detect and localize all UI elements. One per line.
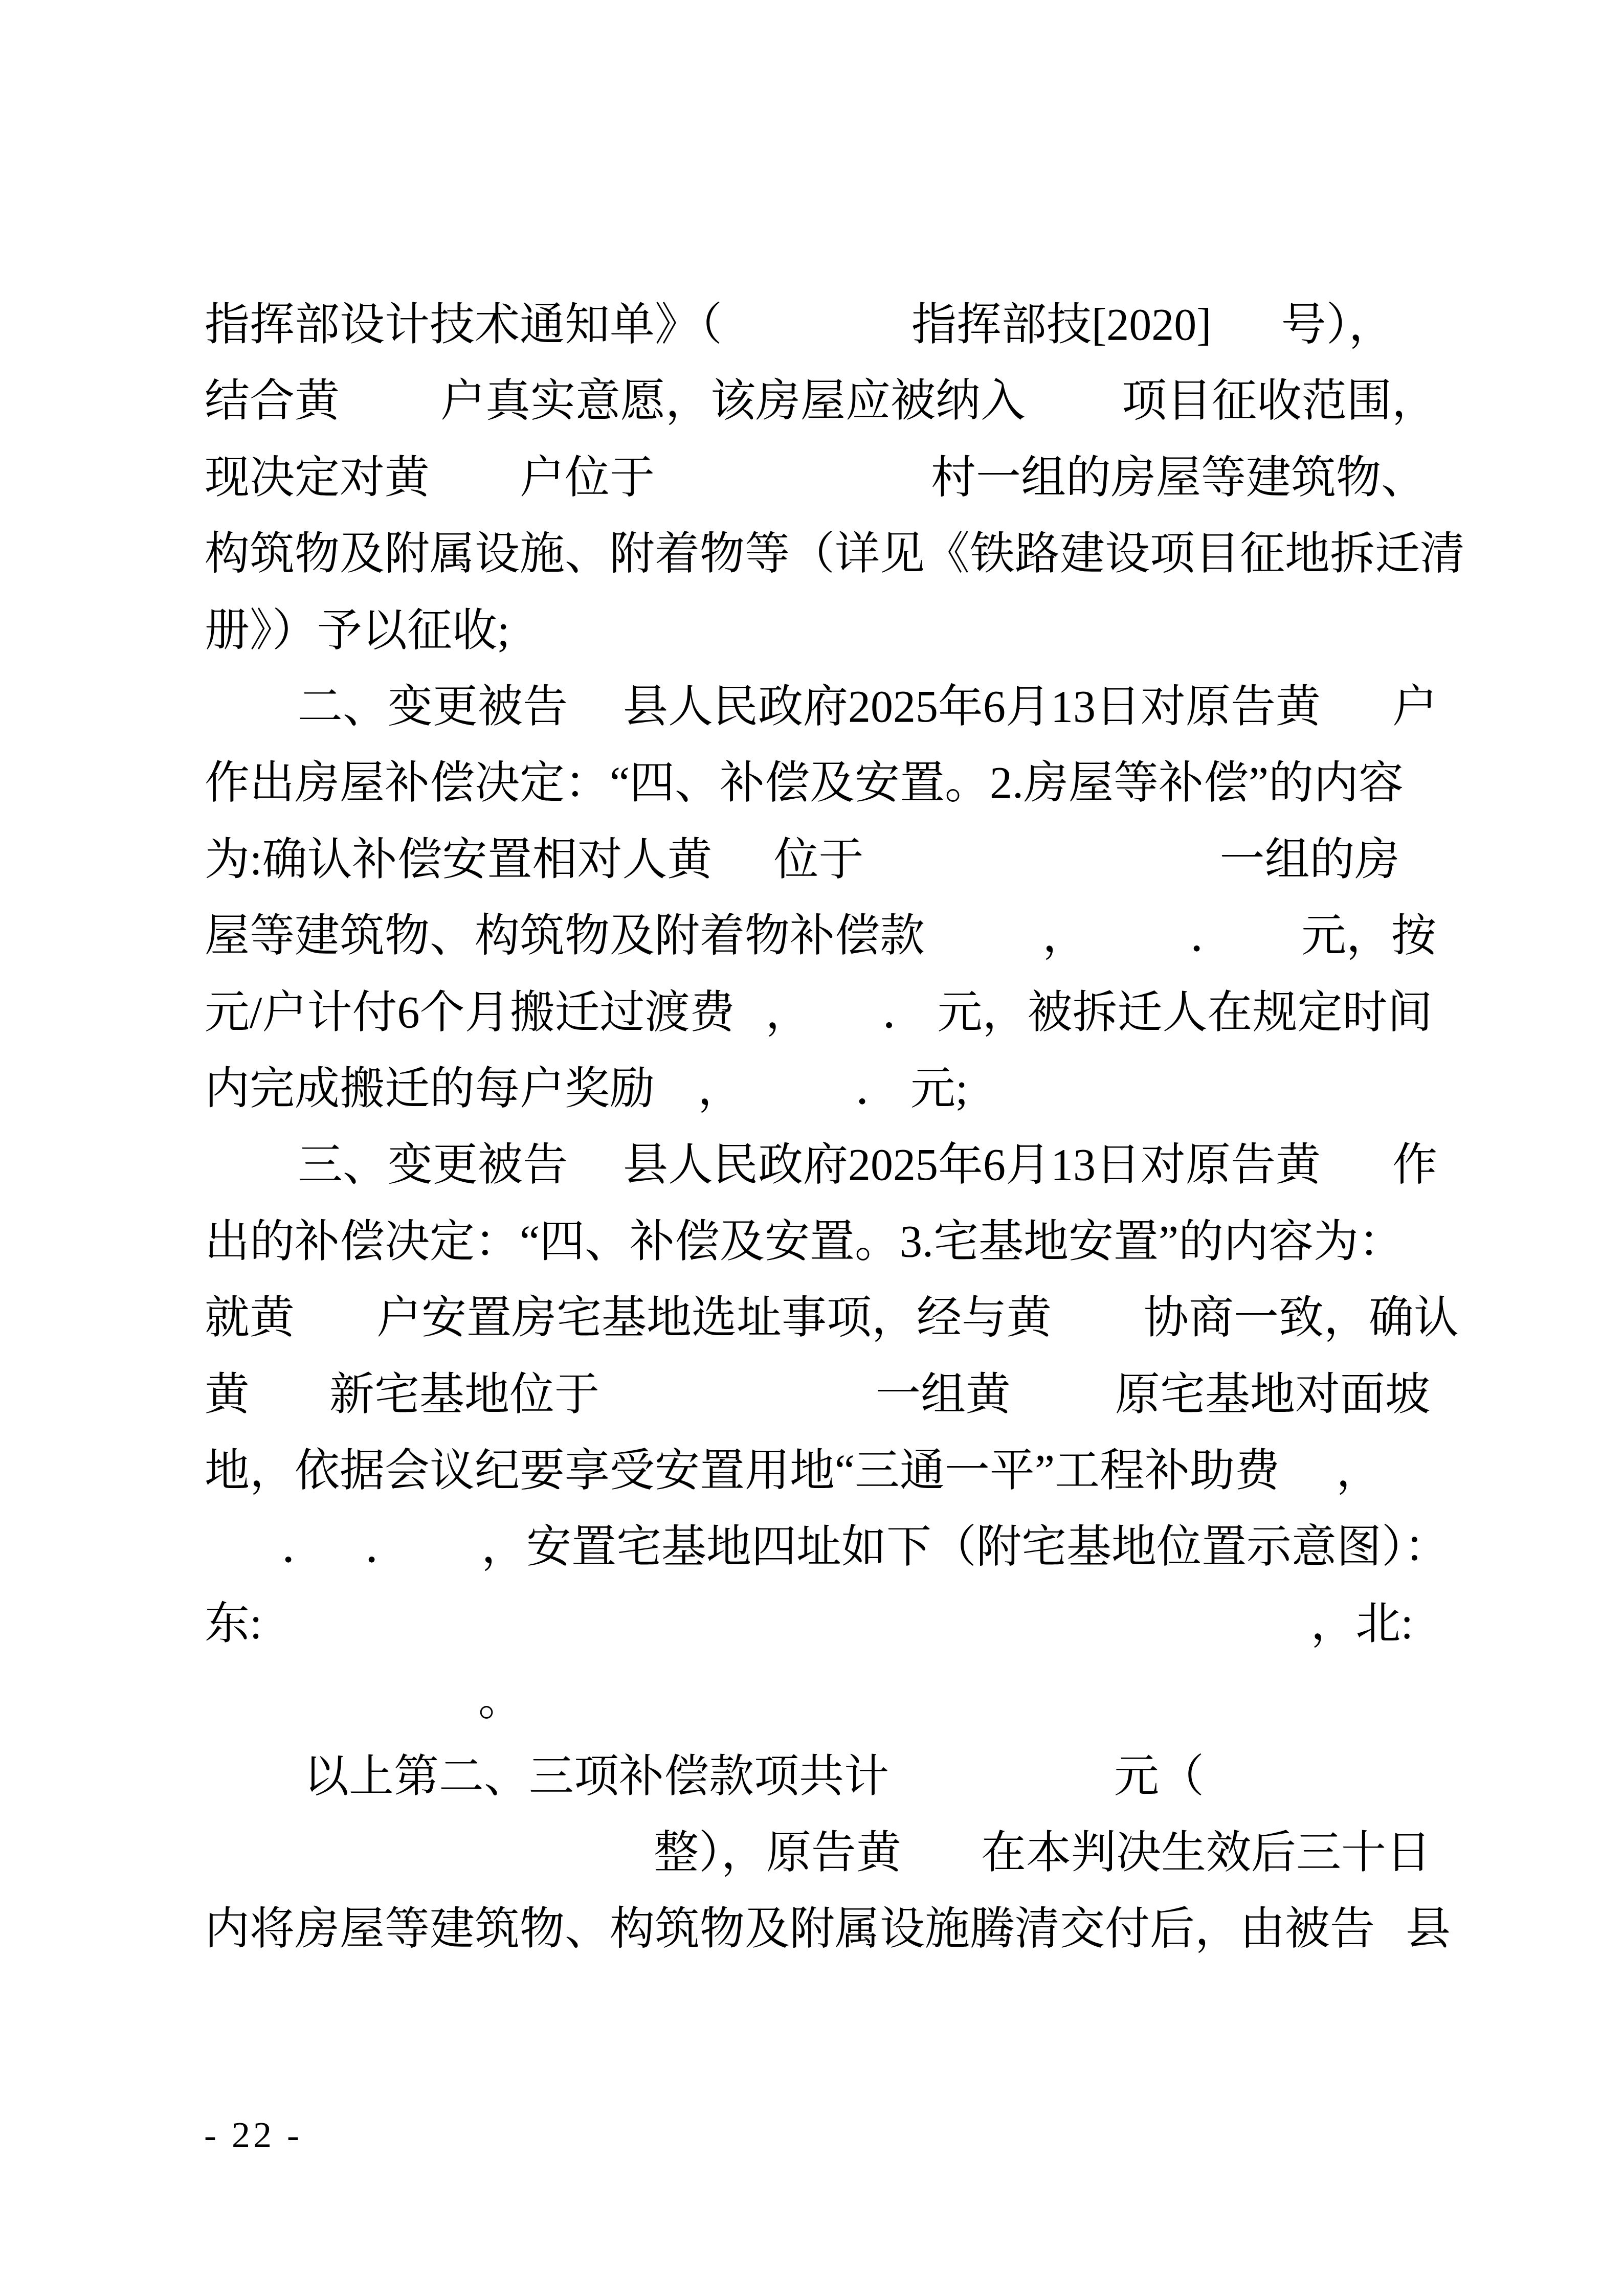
text-run: 元/户计付6个月搬迁过渡费 bbox=[205, 989, 735, 1037]
text-run: 项目征收范围， bbox=[1122, 378, 1437, 425]
text-line-20: 以上第二、三项补偿款项共计元（ bbox=[205, 1753, 1514, 1800]
text-line-11: 内完成搬迁的每户奖励，．元; bbox=[205, 1066, 1514, 1113]
text-run: ， bbox=[1336, 1448, 1381, 1495]
text-run: 屋等建筑物、构筑物及附着物补偿款 bbox=[205, 913, 925, 960]
text-run: 整），原告黄 bbox=[654, 1830, 901, 1877]
text-run: 一组黄 bbox=[876, 1371, 1011, 1419]
text-run: 作 bbox=[1392, 1142, 1437, 1189]
text-line-6: 二、变更被告县人民政府2025年6月13日对原告黄户 bbox=[205, 684, 1514, 731]
text-line-13: 出的补偿决定：“四、补偿及安置。3.宅基地安置”的内容为： bbox=[205, 1219, 1514, 1266]
text-run: 元，被拆迁人在规定时间 bbox=[937, 989, 1432, 1037]
text-run: 出的补偿决定：“四、补偿及安置。3.宅基地安置”的内容为： bbox=[205, 1219, 1404, 1266]
page-number: - 22 - bbox=[204, 2114, 302, 2155]
redacted-blank bbox=[1321, 1142, 1392, 1142]
text-run: 县人民政府2025年6月13日对原告黄 bbox=[623, 684, 1321, 731]
redacted-blank bbox=[205, 1677, 478, 1677]
text-run: ， bbox=[765, 989, 810, 1037]
text-run: 协商一致，确认 bbox=[1144, 1295, 1459, 1342]
text-run: 作出房屋补偿决定：“四、补偿及安置。2.房屋等补偿”的内容 bbox=[205, 760, 1404, 807]
redacted-blank bbox=[205, 1830, 654, 1830]
text-run: 为:确认补偿安置相对人黄 bbox=[205, 837, 712, 884]
text-run: 户安置房宅基地选址事项，经与黄 bbox=[376, 1295, 1052, 1342]
text-run: 村一组的房屋等建筑物、 bbox=[931, 455, 1426, 502]
redacted-blank bbox=[901, 1830, 981, 1830]
text-run: 指挥部设计技术通知单》（ bbox=[205, 302, 722, 349]
text-run: 构筑物及附属设施、附着物等（详见《铁路建设项目征地拆迁清 bbox=[205, 531, 1465, 578]
redacted-blank bbox=[1375, 1906, 1406, 1906]
text-run: ． bbox=[882, 989, 927, 1037]
text-line-16: 地，依据会议纪要享受安置用地“三通一平”工程补助费， bbox=[205, 1448, 1514, 1495]
redacted-blank bbox=[655, 1066, 698, 1066]
text-run: 元（ bbox=[1114, 1753, 1204, 1800]
redacted-blank bbox=[1212, 302, 1281, 302]
redacted-blank bbox=[900, 1066, 910, 1066]
text-run: 在本判决生效后三十日 bbox=[981, 1830, 1431, 1877]
text-run: 内将房屋等建筑物、构筑物及附属设施腾清交付后，由被告 bbox=[205, 1906, 1375, 1953]
redacted-blank bbox=[722, 302, 911, 302]
text-run: 册》）予以征收; bbox=[205, 607, 509, 655]
text-line-12: 三、变更被告县人民政府2025年6月13日对原告黄作 bbox=[205, 1142, 1514, 1189]
text-run: 东: bbox=[205, 1601, 262, 1648]
redacted-blank bbox=[810, 989, 882, 990]
redacted-blank bbox=[205, 1524, 281, 1524]
text-run: 地，依据会议纪要享受安置用地“三通一平”工程补助费 bbox=[205, 1448, 1280, 1495]
text-run: 元，按 bbox=[1301, 913, 1436, 960]
text-line-7: 作出房屋补偿决定：“四、补偿及安置。2.房屋等补偿”的内容 bbox=[205, 760, 1514, 807]
text-line-21: 整），原告黄在本判决生效后三十日 bbox=[205, 1830, 1514, 1877]
text-run: 新宅基地位于 bbox=[329, 1371, 599, 1419]
redacted-blank bbox=[410, 1524, 481, 1524]
text-run: 二、变更被告 bbox=[298, 684, 568, 731]
redacted-blank bbox=[340, 378, 440, 378]
text-line-15: 黄新宅基地位于一组黄原宅基地对面坡 bbox=[205, 1371, 1514, 1419]
redacted-blank bbox=[925, 913, 1042, 913]
text-line-10: 元/户计付6个月搬迁过渡费，．元，被拆迁人在规定时间 bbox=[205, 989, 1514, 1037]
text-line-19: 。 bbox=[205, 1677, 1514, 1724]
redacted-blank bbox=[1011, 1371, 1115, 1372]
text-line-14: 就黄户安置房宅基地选址事项，经与黄协商一致，确认 bbox=[205, 1295, 1514, 1342]
text-run: 户真实意愿，该房屋应被纳入 bbox=[440, 378, 1026, 425]
text-run: 原宅基地对面坡 bbox=[1115, 1371, 1430, 1419]
text-line-1: 指挥部设计技术通知单》（指挥部技[2020]号）， bbox=[205, 302, 1514, 349]
text-run: 以上第二、三项补偿款项共计 bbox=[304, 1753, 889, 1800]
redacted-blank bbox=[655, 455, 931, 455]
text-run: ， bbox=[1042, 913, 1087, 960]
redacted-blank bbox=[568, 1142, 623, 1142]
text-run: ． bbox=[1190, 913, 1235, 960]
text-run: 户位于 bbox=[520, 455, 655, 502]
redacted-blank bbox=[889, 1753, 1114, 1754]
redacted-blank bbox=[1052, 1295, 1144, 1295]
text-run: 户 bbox=[1392, 684, 1437, 731]
redacted-blank bbox=[205, 1142, 298, 1142]
text-line-18: 东:，北: bbox=[205, 1601, 1514, 1648]
redacted-blank bbox=[1087, 913, 1190, 913]
text-run: 黄 bbox=[205, 1371, 250, 1419]
redacted-blank bbox=[863, 837, 1219, 837]
text-line-22: 内将房屋等建筑物、构筑物及附属设施腾清交付后，由被告县 bbox=[205, 1906, 1514, 1953]
text-run: 结合黄 bbox=[205, 378, 340, 425]
redacted-blank bbox=[743, 1066, 855, 1066]
text-line-4: 构筑物及附属设施、附着物等（详见《铁路建设项目征地拆迁清 bbox=[205, 531, 1514, 578]
text-line-17: ．．，安置宅基地四址如下（附宅基地位置示意图）： bbox=[205, 1524, 1514, 1571]
redacted-blank bbox=[1280, 1448, 1336, 1448]
redacted-blank bbox=[430, 455, 520, 455]
text-run: ，北: bbox=[1310, 1601, 1413, 1648]
text-run: ． bbox=[365, 1524, 410, 1571]
text-run: 内完成搬迁的每户奖励 bbox=[205, 1066, 655, 1113]
text-run: 一组的房 bbox=[1219, 837, 1399, 884]
judgment-page: 指挥部设计技术通知单》（指挥部技[2020]号），结合黄户真实意愿，该房屋应被纳… bbox=[0, 0, 1624, 2296]
redacted-blank bbox=[1235, 913, 1301, 913]
redacted-blank bbox=[568, 684, 623, 684]
text-run: ，安置宅基地四址如下（附宅基地位置示意图）： bbox=[481, 1524, 1449, 1571]
redacted-blank bbox=[1321, 684, 1392, 684]
text-run: 位于 bbox=[773, 837, 863, 884]
text-run: 元; bbox=[910, 1066, 968, 1113]
text-line-5: 册》）予以征收; bbox=[205, 607, 1514, 655]
text-run: 现决定对黄 bbox=[205, 455, 430, 502]
redacted-blank bbox=[205, 1753, 304, 1754]
text-run: 指挥部技[2020] bbox=[911, 302, 1212, 349]
text-line-8: 为:确认补偿安置相对人黄位于一组的房 bbox=[205, 837, 1514, 884]
text-run: 。 bbox=[478, 1677, 523, 1724]
text-run: 号）， bbox=[1281, 302, 1394, 349]
redacted-blank bbox=[250, 1371, 329, 1372]
text-line-9: 屋等建筑物、构筑物及附着物补偿款，．元，按 bbox=[205, 913, 1514, 960]
redacted-blank bbox=[1026, 378, 1122, 378]
text-run: 县人民政府2025年6月13日对原告黄 bbox=[623, 1142, 1321, 1189]
redacted-blank bbox=[326, 1524, 365, 1524]
redacted-blank bbox=[599, 1371, 876, 1372]
redacted-blank bbox=[712, 837, 773, 837]
text-run: ， bbox=[698, 1066, 743, 1113]
redacted-blank bbox=[205, 684, 298, 684]
text-line-3: 现决定对黄户位于村一组的房屋等建筑物、 bbox=[205, 455, 1514, 502]
text-run: ． bbox=[855, 1066, 900, 1113]
text-run: ． bbox=[281, 1524, 326, 1571]
redacted-blank bbox=[295, 1295, 376, 1295]
redacted-blank bbox=[735, 989, 765, 990]
redacted-blank bbox=[262, 1601, 1310, 1601]
text-run: 就黄 bbox=[205, 1295, 295, 1342]
text-run: 县 bbox=[1406, 1906, 1451, 1953]
redacted-blank bbox=[927, 989, 937, 990]
text-run: 三、变更被告 bbox=[298, 1142, 568, 1189]
text-line-2: 结合黄户真实意愿，该房屋应被纳入项目征收范围， bbox=[205, 378, 1514, 425]
